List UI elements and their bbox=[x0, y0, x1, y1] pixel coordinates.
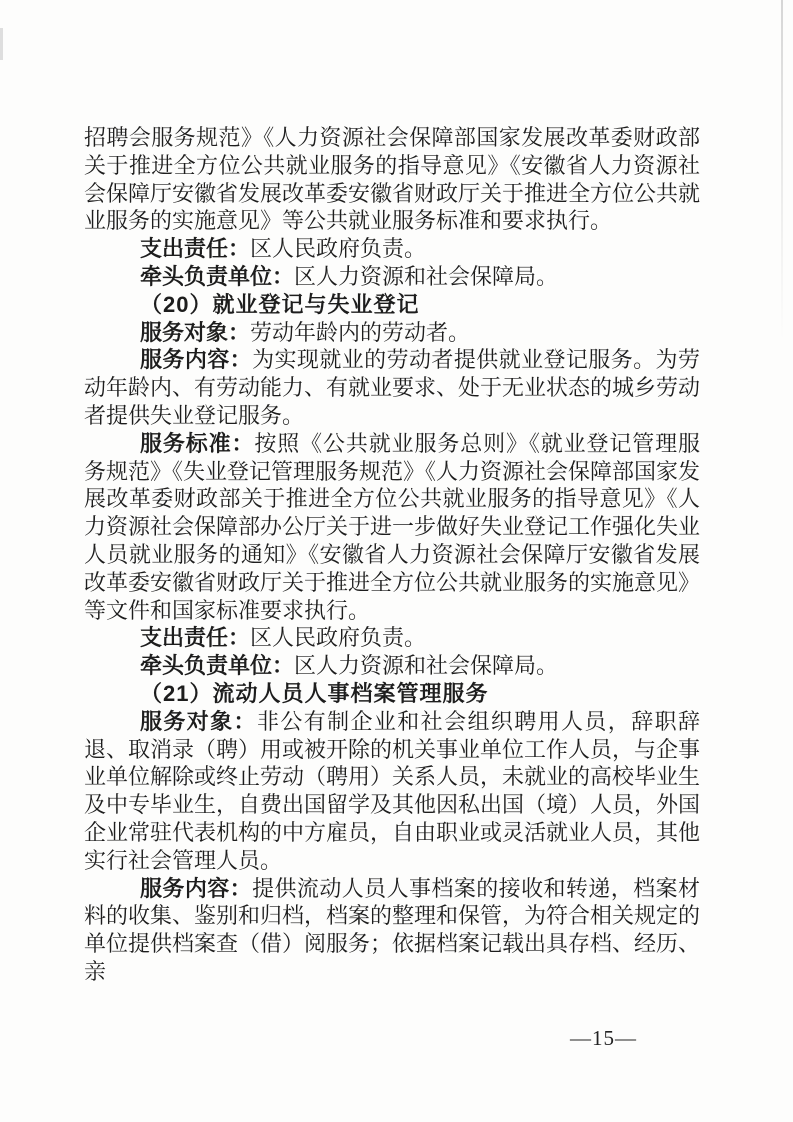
paragraph-text: 区人力资源和社会保障局。 bbox=[294, 264, 558, 289]
page-number: —15— bbox=[570, 1026, 637, 1051]
paragraph-text: 招聘会服务规范》《人力资源社会保障部国家发展改革委财政部关于推进全方位公共就业服… bbox=[84, 125, 700, 233]
document-body: 招聘会服务规范》《人力资源社会保障部国家发展改革委财政部关于推进全方位公共就业服… bbox=[84, 124, 700, 986]
section-heading-20: （20）就业登记与失业登记 bbox=[84, 291, 700, 319]
section-title: 就业登记与失业登记 bbox=[212, 292, 419, 317]
paragraph-expense-responsibility: 支出责任：区人民政府负责。 bbox=[84, 235, 700, 263]
paragraph-label: 服务内容： bbox=[140, 876, 252, 901]
section-number: （21） bbox=[140, 681, 212, 706]
paragraph-text: 区人力资源和社会保障局。 bbox=[294, 653, 558, 678]
paragraph-text: 区人民政府负责。 bbox=[250, 625, 426, 650]
paragraph-lead-unit: 牵头负责单位：区人力资源和社会保障局。 bbox=[84, 652, 700, 680]
paragraph-service-standard: 服务标准：按照《公共就业服务总则》《就业登记管理服务规范》《失业登记管理服务规范… bbox=[84, 430, 700, 625]
paragraph-label: 支出责任： bbox=[140, 625, 250, 650]
paragraph-label: 服务标准： bbox=[140, 431, 254, 456]
paragraph-text: 区人民政府负责。 bbox=[250, 236, 426, 261]
paragraph-service-content: 服务内容：为实现就业的劳动者提供就业登记服务。为劳动年龄内、有劳动能力、有就业要… bbox=[84, 346, 700, 429]
document-page: 招聘会服务规范》《人力资源社会保障部国家发展改革委财政部关于推进全方位公共就业服… bbox=[0, 0, 793, 1122]
scan-edge-artifact-left bbox=[0, 28, 3, 60]
paragraph-label: 服务对象： bbox=[140, 709, 257, 734]
scan-edge-artifact-right bbox=[781, 0, 783, 340]
paragraph-label: 牵头负责单位： bbox=[140, 264, 294, 289]
paragraph-label: 服务对象： bbox=[140, 320, 250, 345]
paragraph-continuation: 招聘会服务规范》《人力资源社会保障部国家发展改革委财政部关于推进全方位公共就业服… bbox=[84, 124, 700, 235]
paragraph-label: 牵头负责单位： bbox=[140, 653, 294, 678]
paragraph-label: 服务内容： bbox=[140, 347, 252, 372]
paragraph-text: 劳动年龄内的劳动者。 bbox=[250, 320, 470, 345]
section-heading-21: （21）流动人员人事档案管理服务 bbox=[84, 680, 700, 708]
paragraph-service-content: 服务内容：提供流动人员人事档案的接收和转递，档案材料的收集、鉴别和归档，档案的整… bbox=[84, 875, 700, 986]
paragraph-service-target: 服务对象：非公有制企业和社会组织聘用人员，辞职辞退、取消录（聘）用或被开除的机关… bbox=[84, 708, 700, 875]
paragraph-lead-unit: 牵头负责单位：区人力资源和社会保障局。 bbox=[84, 263, 700, 291]
paragraph-service-target: 服务对象：劳动年龄内的劳动者。 bbox=[84, 319, 700, 347]
paragraph-label: 支出责任： bbox=[140, 236, 250, 261]
section-title: 流动人员人事档案管理服务 bbox=[212, 681, 488, 706]
section-number: （20） bbox=[140, 292, 212, 317]
paragraph-expense-responsibility: 支出责任：区人民政府负责。 bbox=[84, 624, 700, 652]
paragraph-text: 按照《公共就业服务总则》《就业登记管理服务规范》《失业登记管理服务规范》《人力资… bbox=[84, 431, 700, 623]
